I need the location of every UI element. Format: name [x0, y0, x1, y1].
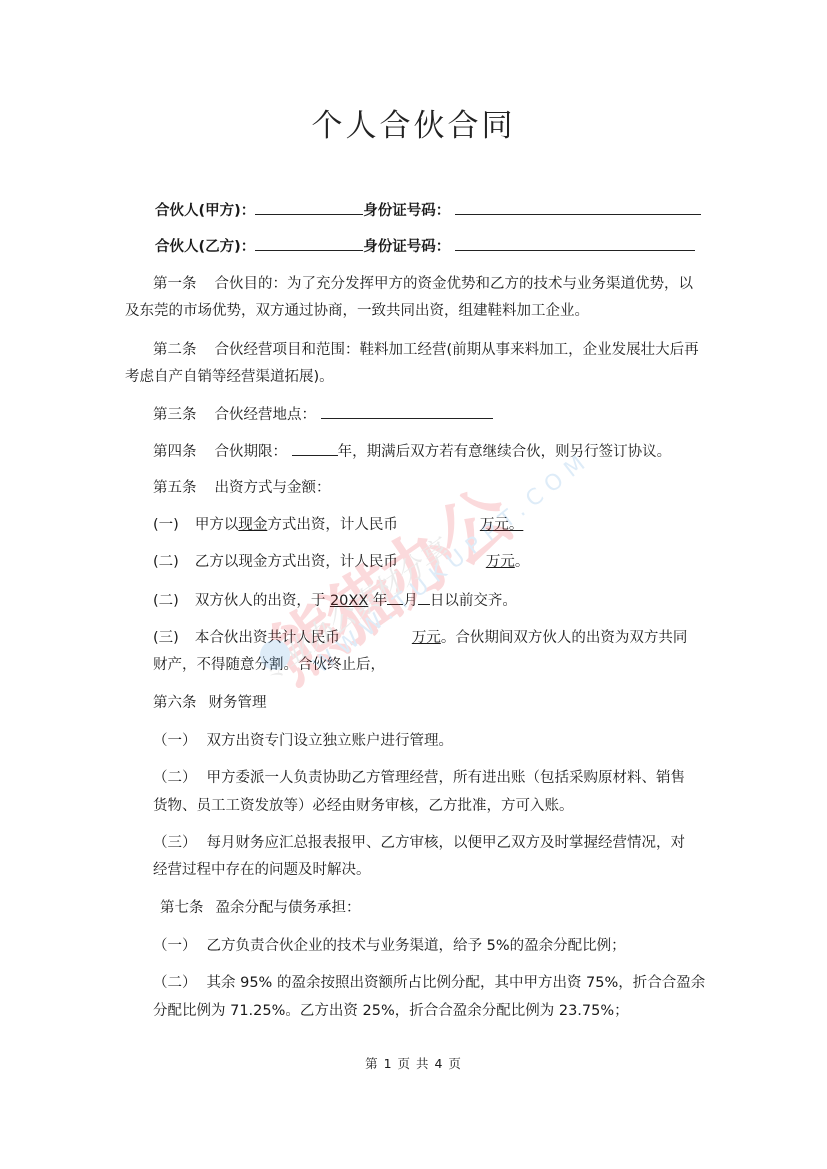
item-number: （三）	[153, 835, 197, 851]
article-4: 第四条合伙期限： 年，期满后双方若有意继续合伙，则另行签订协议。	[153, 441, 671, 462]
article-2-line-1: 第二条合伙经营项目和范围：鞋料加工经营(前期从事来料加工，企业发展壮大后再	[153, 340, 699, 360]
party-a-label: 合伙人(甲方)：	[155, 203, 255, 219]
party-b-row: 合伙人(乙方)：身份证号码：	[155, 236, 695, 257]
article-5-item-2: (二)乙方以现金方式出资，计人民币万元。	[153, 552, 529, 572]
article-7-item-2-line-1: （二）其余 95% 的盈余按照出资额所占比例分配，其中甲方出资 75%，折合合盈…	[153, 973, 705, 993]
item-text: 本合伙出资共计人民币	[195, 630, 340, 646]
item-text: 甲方以	[195, 517, 239, 533]
article-6-item-3-line-1: （三）每月财务应汇总报表报甲、乙方审核，以便甲乙双方及时掌握经营情况，对	[153, 833, 685, 853]
item-text: 每月财务应汇总报表报甲、乙方审核，以便甲乙双方及时掌握经营情况，对	[207, 835, 686, 851]
article-6: 第六条财务管理	[153, 693, 267, 713]
total-amount-blank[interactable]: 万元	[340, 630, 441, 646]
party-b-name-blank[interactable]	[255, 236, 363, 251]
party-a-name-blank[interactable]	[255, 200, 363, 215]
unit-text: 万元。	[480, 517, 524, 533]
article-3: 第三条合伙经营地点：	[153, 404, 493, 425]
article-5-item-1: (一)甲方以现金方式出资，计人民币万元。	[153, 515, 527, 535]
unit-text: 万元	[412, 630, 441, 646]
item-number: (二)	[153, 554, 179, 570]
article-6-item-3-line-2: 经营过程中存在的问题及时解决。	[153, 860, 371, 880]
item-text: 。合伙期间双方伙人的出资为双方共同	[441, 630, 688, 646]
article-3-head: 第三条	[153, 407, 197, 423]
item-text: 双方出资专门设立独立账户进行管理。	[207, 733, 454, 749]
article-7-item-1: （一）乙方负责合伙企业的技术与业务渠道，给予 5%的盈余分配比例；	[153, 936, 626, 956]
article-5-item-3: (二)双方伙人的出资，于 20XX 年月日以前交齐。	[153, 590, 517, 611]
article-1-text: 合伙目的：为了充分发挥甲方的资金优势和乙方的技术与业务渠道优势，以	[215, 276, 694, 292]
item-text: 月	[403, 593, 418, 609]
item-text: 其余 95% 的盈余按照出资额所占比例分配，其中甲方出资 75%，折合合盈余	[207, 975, 706, 991]
article-6-item-2-line-1: （二）甲方委派一人负责协助乙方管理经营，所有进出账（包括采购原材料、销售	[153, 768, 685, 788]
article-4-text: 年，期满后双方若有意继续合伙，则另行签订协议。	[338, 444, 672, 460]
item-text: 方式出资，计人民币	[267, 517, 398, 533]
unit-text: 万元	[486, 554, 515, 570]
month-blank[interactable]	[387, 590, 403, 605]
article-2-text: 合伙经营项目和范围：鞋料加工经营(前期从事来料加工，企业发展壮大后再	[215, 342, 699, 358]
item-number: (二)	[153, 593, 179, 609]
article-5-head: 第五条	[153, 480, 197, 496]
party-a-id-label: 身份证号码：	[363, 203, 450, 219]
item-text: 日以前交齐。	[430, 593, 517, 609]
item-number: （二）	[153, 975, 197, 991]
article-7-item-2-line-2: 分配比例为 71.25%。乙方出资 25%，折合合盈余分配比例为 23.75%；	[153, 1001, 629, 1021]
item-number: （二）	[153, 770, 197, 786]
article-6-item-1: （一）双方出资专门设立独立账户进行管理。	[153, 731, 453, 751]
article-5: 第五条出资方式与金额：	[153, 478, 331, 498]
article-5-text: 出资方式与金额：	[215, 480, 331, 496]
article-7: 第七条盈余分配与债务承担：	[160, 898, 361, 918]
item-text: 乙方以现金方式出资，计人民币	[195, 554, 398, 570]
item-text: 乙方负责合伙企业的技术与业务渠道，给予 5%的盈余分配比例；	[207, 938, 626, 954]
day-blank[interactable]	[418, 590, 430, 605]
item-number: (一)	[153, 517, 179, 533]
party-a-row: 合伙人(甲方)：身份证号码：	[155, 200, 701, 221]
article-5-item-4-line-2: 财产，不得随意分割。合伙终止后，	[153, 655, 385, 675]
article-5-item-4-line-1: (三)本合伙出资共计人民币万元。合伙期间双方伙人的出资为双方共同	[153, 628, 687, 648]
article-1-head: 第一条	[153, 276, 197, 292]
article-2-line-2: 考虑自产自销等经营渠道拓展)。	[125, 367, 334, 387]
partnership-term-blank[interactable]	[292, 441, 338, 456]
article-2-head: 第二条	[153, 342, 197, 358]
party-b-amount-blank[interactable]: 万元	[398, 554, 515, 570]
item-text: 双方伙人的出资，于	[195, 593, 330, 609]
party-b-id-label: 身份证号码：	[363, 239, 450, 255]
article-7-head: 第七条	[160, 900, 204, 916]
page-number: 第 1 页 共 4 页	[0, 1054, 827, 1072]
document-title: 个人合伙合同	[0, 100, 827, 145]
item-number: (三)	[153, 630, 179, 646]
party-b-label: 合伙人(乙方)：	[155, 239, 255, 255]
party-a-amount-blank[interactable]: 万元。	[398, 517, 528, 533]
year-field[interactable]: 20XX	[330, 593, 368, 609]
item-number: （一）	[153, 733, 197, 749]
article-4-label: 合伙期限：	[215, 444, 288, 460]
article-3-text: 合伙经营地点：	[215, 407, 317, 423]
article-1-line-1: 第一条合伙目的：为了充分发挥甲方的资金优势和乙方的技术与业务渠道优势，以	[153, 274, 693, 294]
item-text: 年	[368, 593, 387, 609]
article-1-line-2: 及东莞的市场优势，双方通过协商，一致共同出资，组建鞋料加工企业。	[125, 301, 589, 321]
article-6-item-2-line-2: 货物、员工工资发放等）必经由财务审核，乙方批准，方可入账。	[153, 796, 574, 816]
article-4-head: 第四条	[153, 444, 197, 460]
business-location-blank[interactable]	[321, 404, 493, 419]
item-text: 。	[515, 554, 530, 570]
article-7-text: 盈余分配与债务承担：	[216, 900, 361, 916]
underlined-cash: 现金	[238, 517, 267, 533]
item-text: 甲方委派一人负责协助乙方管理经营，所有进出账（包括采购原材料、销售	[207, 770, 686, 786]
article-6-text: 财务管理	[209, 695, 267, 711]
party-b-id-blank[interactable]	[455, 236, 695, 251]
article-6-head: 第六条	[153, 695, 197, 711]
item-number: （一）	[153, 938, 197, 954]
document-page: 个人合伙合同 合伙人(甲方)：身份证号码： 合伙人(乙方)：身份证号码： 第一条…	[0, 0, 827, 1169]
party-a-id-blank[interactable]	[455, 200, 701, 215]
